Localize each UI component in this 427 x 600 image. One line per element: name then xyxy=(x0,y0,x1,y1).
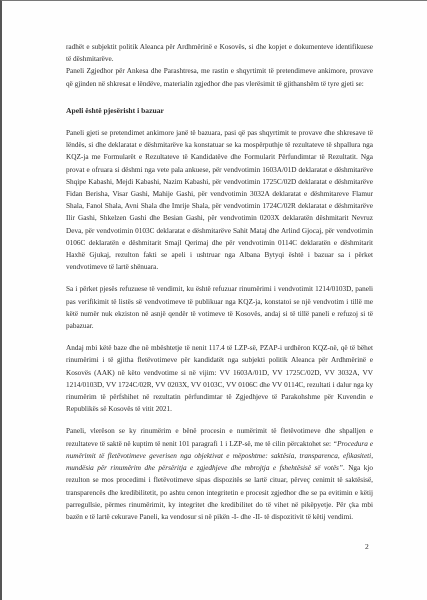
spacer xyxy=(66,273,373,283)
spacer xyxy=(66,117,373,127)
paragraph-evidence: Paneli gjeti se pretendimet ankimore jan… xyxy=(66,127,373,273)
conclusion-tail-text: . Nga kjo rezulton se mos procedimi i fl… xyxy=(66,464,373,521)
conclusion-lead-text: Paneli, vlerëson se ky rinumërim e bënë … xyxy=(66,427,373,447)
spacer xyxy=(66,332,373,342)
paragraph-panel-findings: Paneli Zgjedhor për Ankesa dhe Parashtre… xyxy=(66,65,373,89)
paragraph-intro-continuation: radhët e subjektit politik Aleanca për A… xyxy=(66,41,373,65)
spacer xyxy=(66,415,373,425)
paragraph-conclusion: Paneli, vlerëson se ky rinumërim e bënë … xyxy=(66,425,373,523)
section-heading: Apeli është pjesërisht i bazuar xyxy=(66,105,373,117)
page-number: 2 xyxy=(365,542,369,551)
spacer xyxy=(66,90,373,105)
paragraph-order: Andaj mbi këtë baze dhe në mbështetje të… xyxy=(66,342,373,415)
document-page: radhët e subjektit politik Aleanca për A… xyxy=(66,41,373,523)
paragraph-refusal: Sa i përket pjesës refuzuese të vendimit… xyxy=(66,283,373,332)
